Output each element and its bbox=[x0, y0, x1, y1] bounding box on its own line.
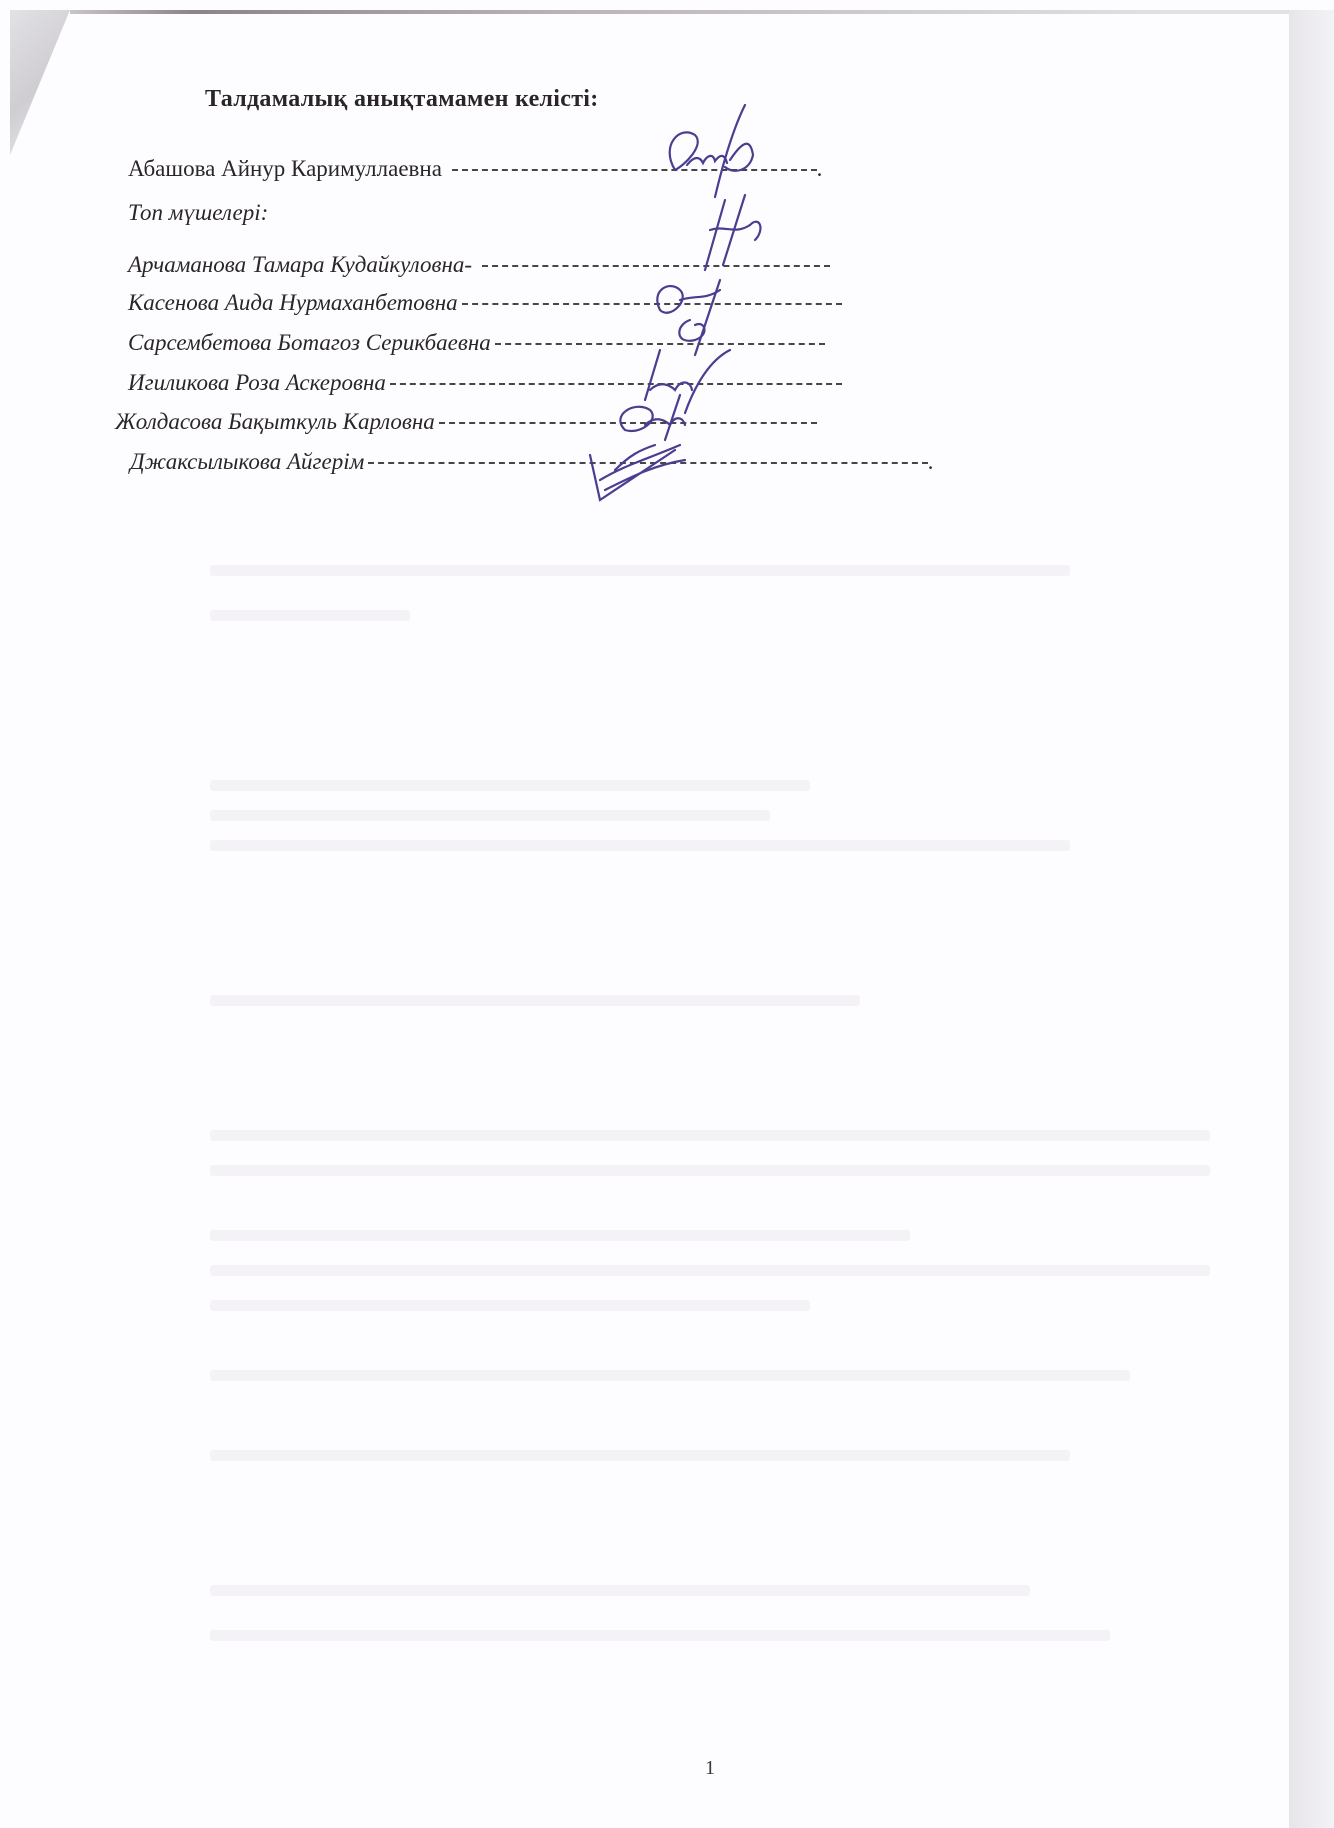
group-label: Топ мүшелері: bbox=[128, 200, 268, 226]
member-name: Арчаманова Тамара Кудайкуловна- bbox=[128, 252, 472, 277]
bleed-through bbox=[210, 810, 770, 821]
bleed-through bbox=[210, 840, 1070, 851]
bleed-through bbox=[210, 1265, 1210, 1276]
signature-approver bbox=[655, 105, 765, 205]
member-row: Игиликова Роза Аскеровна bbox=[128, 370, 842, 396]
bleed-through bbox=[210, 1585, 1030, 1596]
signature-member-1 bbox=[695, 195, 775, 280]
member-row: Джаксылыкова Айгерім. bbox=[130, 449, 934, 475]
line-end: . bbox=[817, 156, 823, 181]
bleed-through bbox=[210, 1130, 1210, 1141]
scan-edge-right bbox=[1289, 10, 1334, 1828]
signature-member-6 bbox=[585, 440, 695, 510]
page-number: 1 bbox=[705, 1757, 715, 1780]
bleed-through bbox=[210, 1370, 1130, 1381]
signature-line bbox=[390, 383, 842, 385]
signature-line bbox=[482, 265, 830, 267]
approval-heading: Талдамалық анықтамамен келісті: bbox=[205, 86, 599, 113]
bleed-through bbox=[210, 610, 410, 621]
bleed-through bbox=[210, 995, 860, 1006]
document-page: Талдамалық анықтамамен келісті: Абашова … bbox=[0, 0, 1289, 1828]
member-name: Сарсембетова Ботагоз Серикбаевна bbox=[128, 330, 491, 355]
bleed-through bbox=[210, 1450, 1070, 1461]
member-name: Джаксылыкова Айгерім bbox=[130, 449, 364, 474]
bleed-through bbox=[210, 565, 1070, 576]
approver-name: Абашова Айнур Каримуллаевна bbox=[128, 156, 442, 181]
member-name: Игиликова Роза Аскеровна bbox=[128, 370, 386, 395]
bleed-through bbox=[210, 780, 810, 791]
bleed-through bbox=[210, 1630, 1110, 1641]
member-name: Касенова Аида Нурмаханбетовна bbox=[128, 290, 458, 315]
bleed-through bbox=[210, 1230, 910, 1241]
member-name: Жолдасова Бақыткуль Карловна bbox=[115, 409, 435, 434]
line-end: . bbox=[928, 449, 934, 474]
bleed-through bbox=[210, 1300, 810, 1311]
bleed-through bbox=[210, 1165, 1210, 1176]
